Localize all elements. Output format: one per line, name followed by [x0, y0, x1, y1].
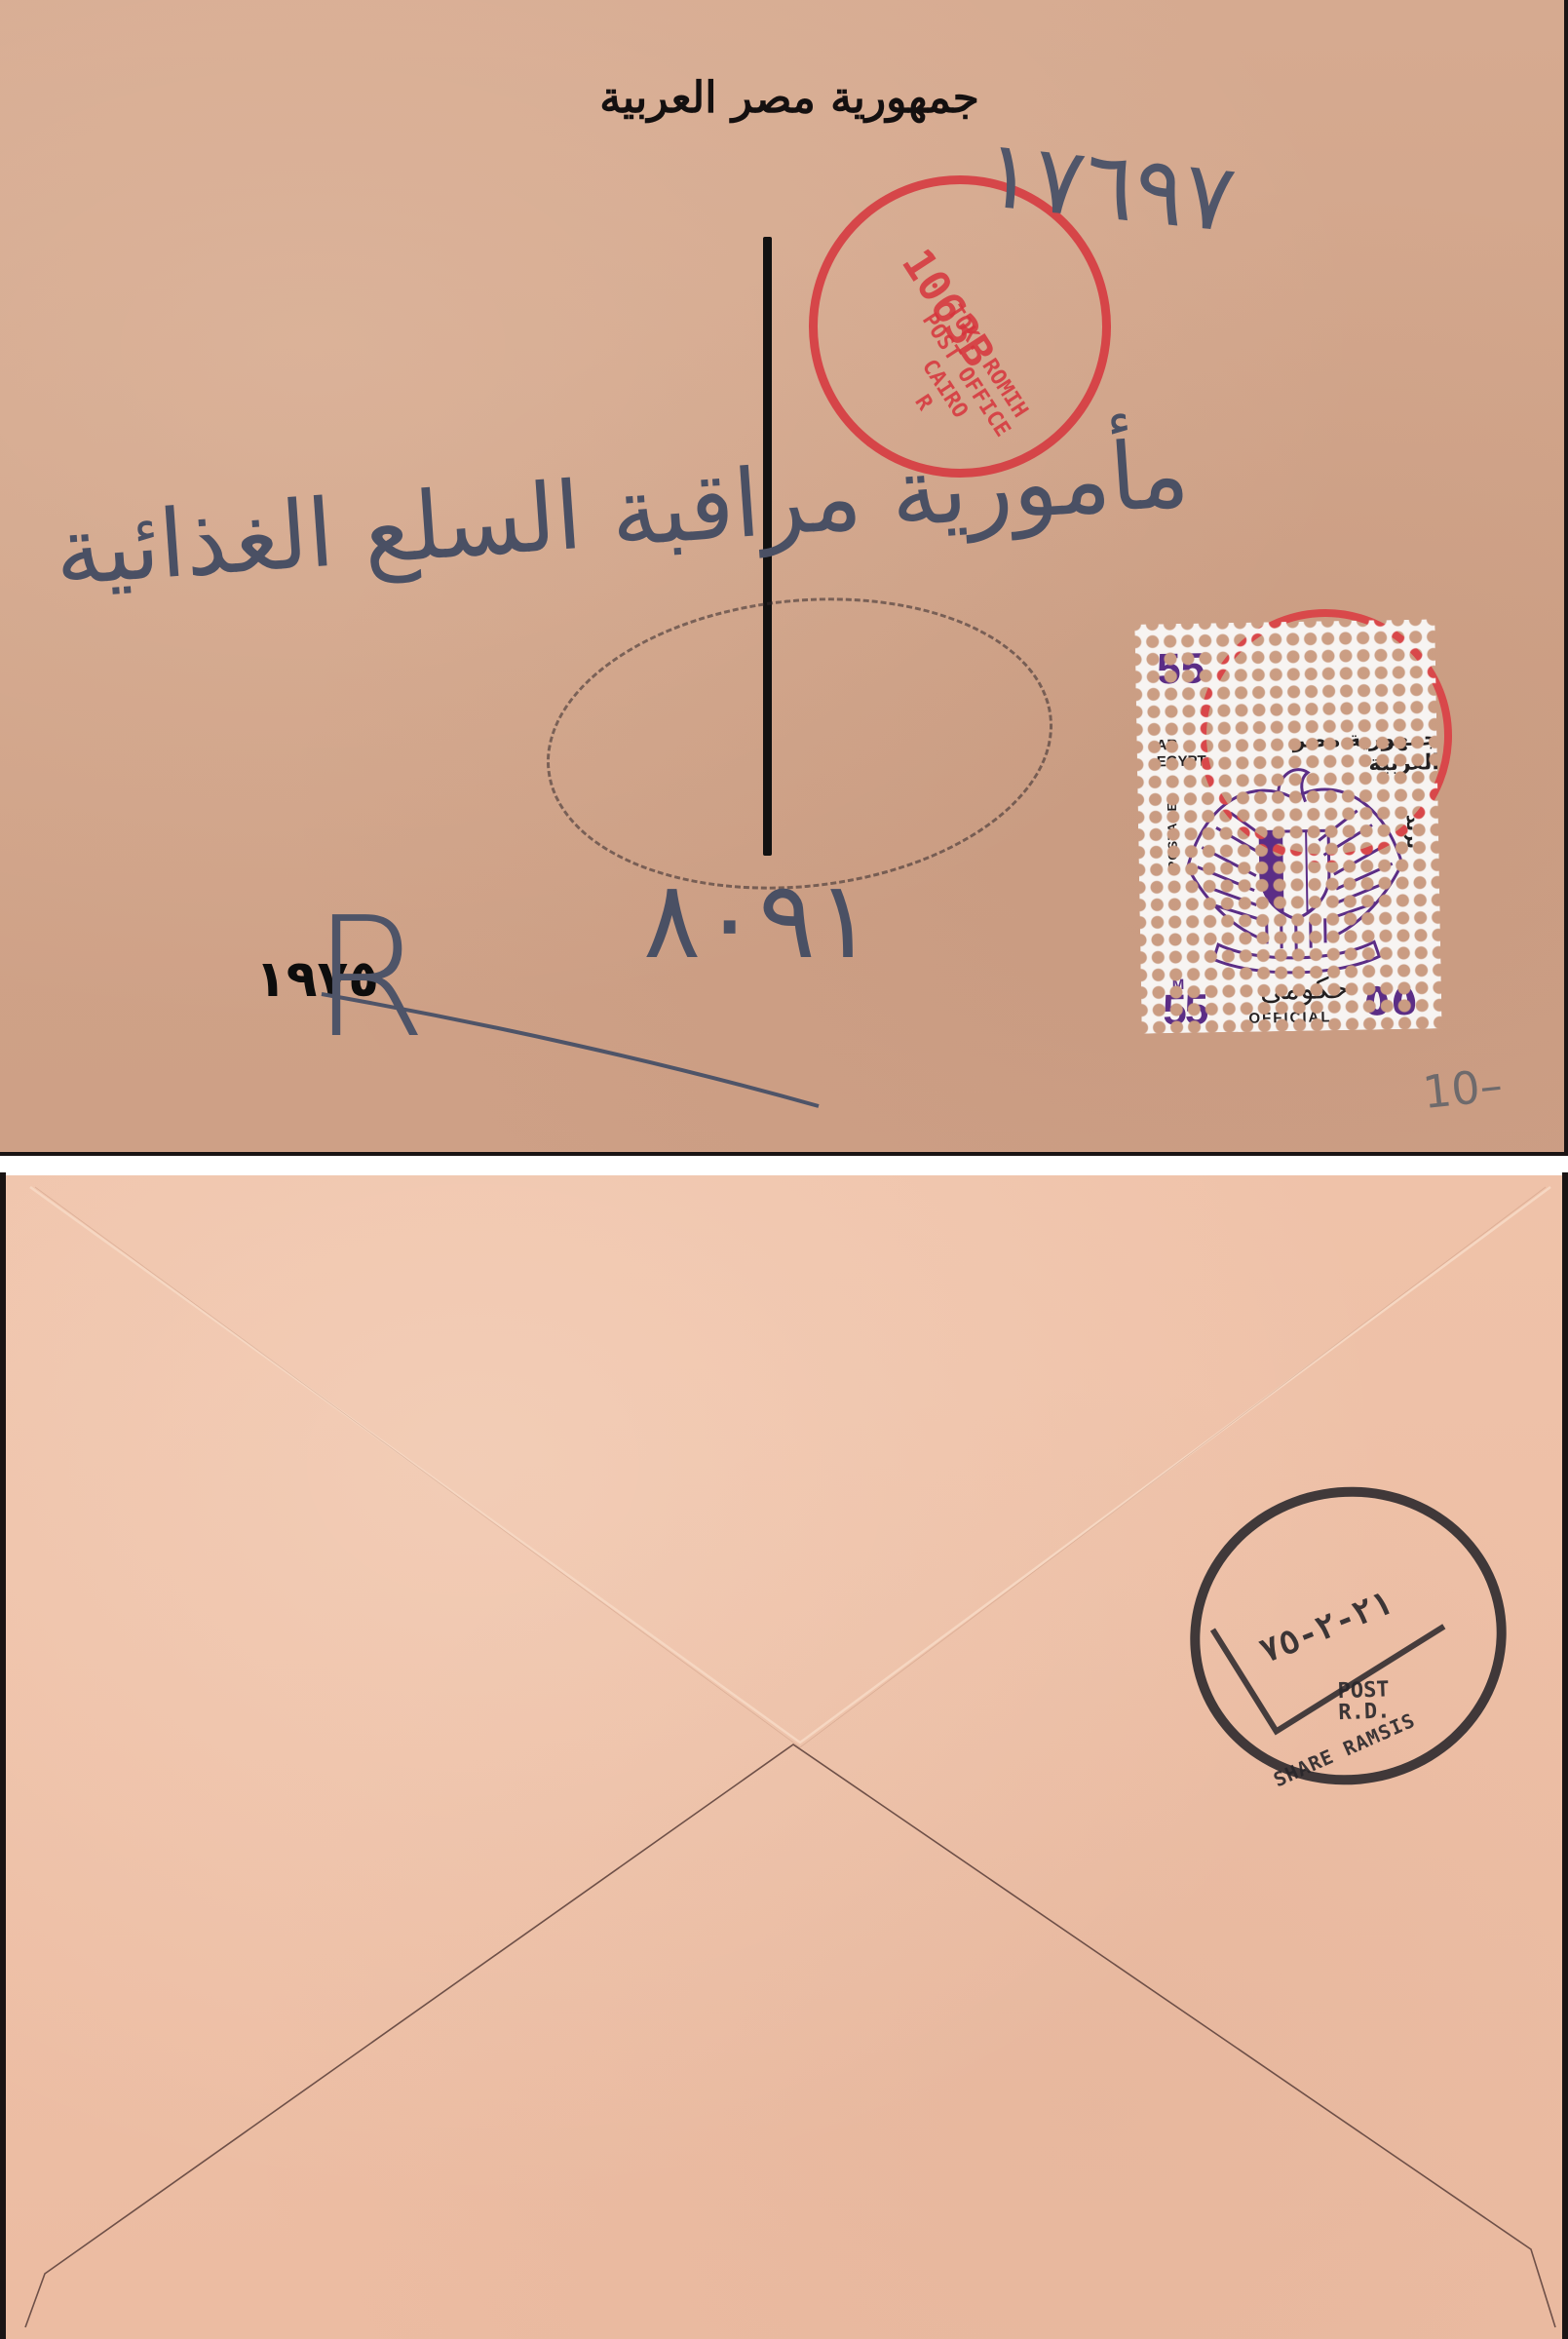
envelope-back: ٢١-٢-٧٥ POST R.D. SHARE RAMSIS: [0, 1172, 1568, 2339]
envelope-front: جمهورية مصر العربية 1063B TOK. ROMIH POS…: [0, 0, 1568, 1156]
registration-underline-stroke: [0, 0, 1568, 1156]
postmark-post-label: POST R.D.: [1337, 1679, 1390, 1724]
pencil-price-note: 10–: [1420, 1058, 1505, 1119]
registration-number: ٨٠٩١: [643, 858, 873, 982]
